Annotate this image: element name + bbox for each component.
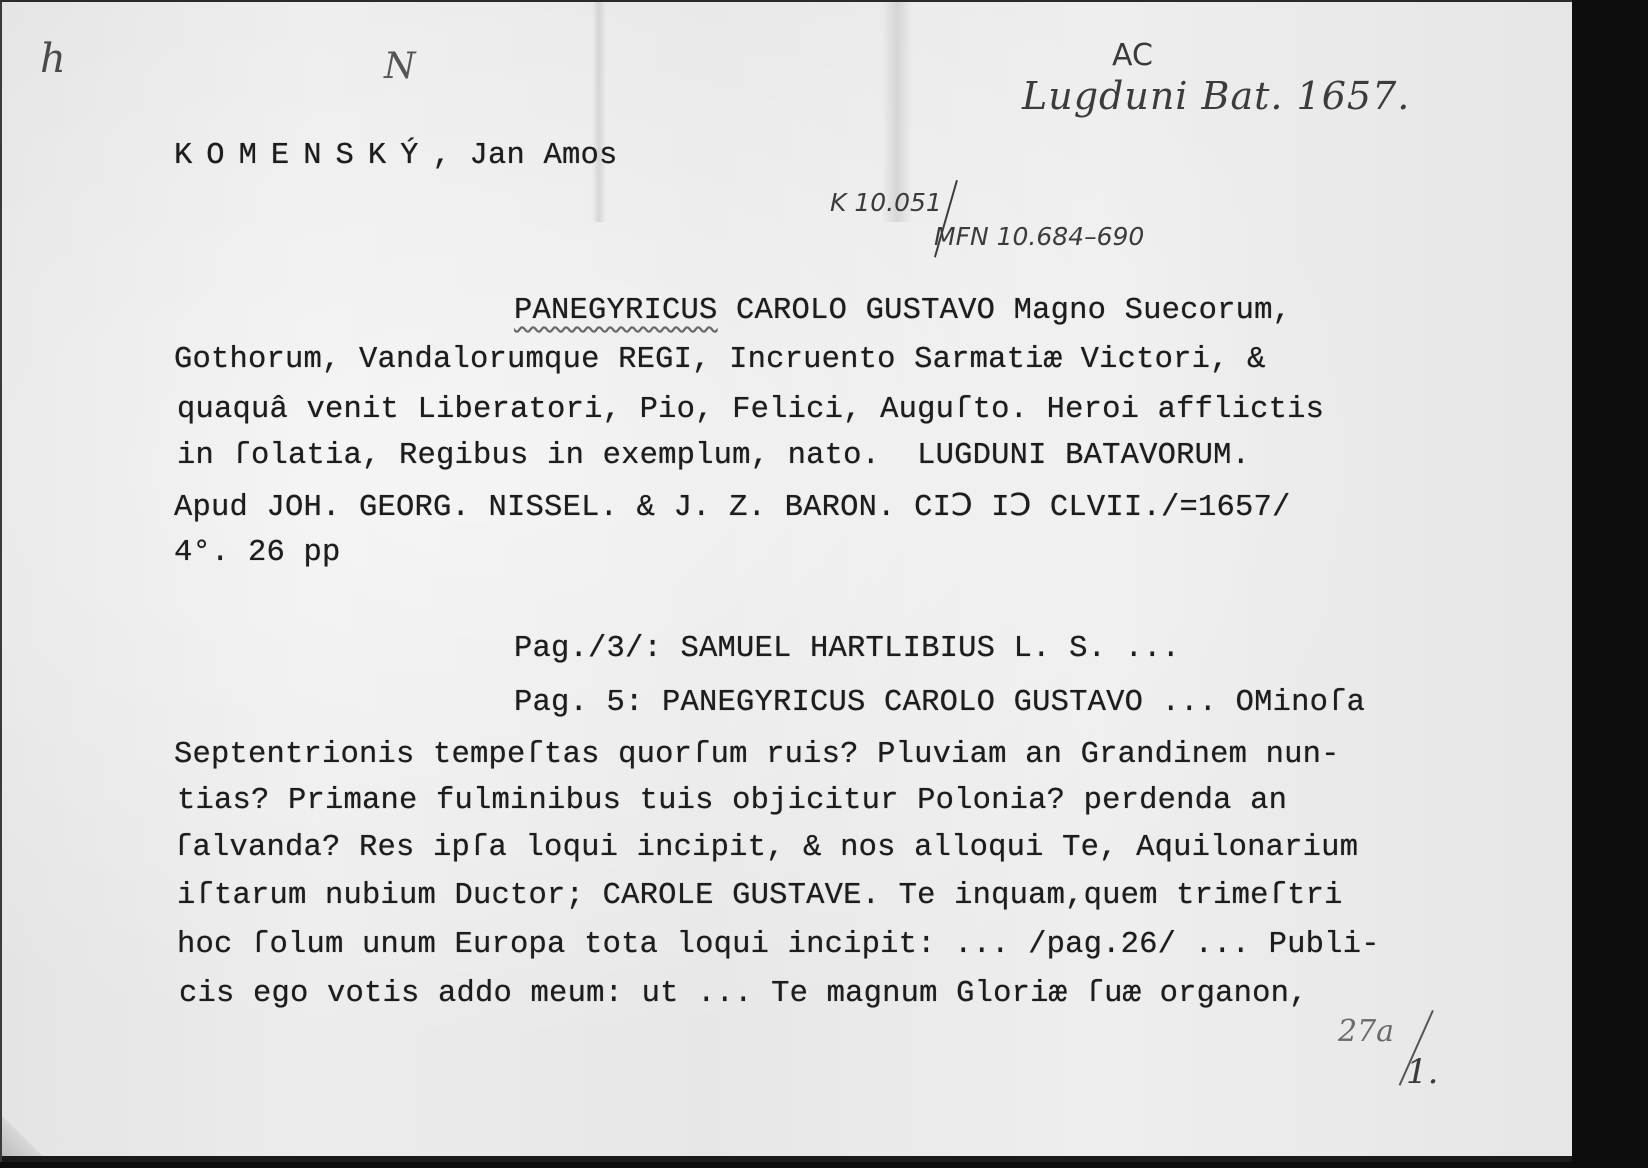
handwritten-card-number-top: 27a [1338, 1014, 1394, 1049]
note-page-5-line: iſtarum nubium Ductor; CAROLE GUSTAVE. T… [177, 879, 1343, 913]
handwritten-corner-mark-mid: N [384, 46, 416, 87]
author-heading: KOMENSKÝ, Jan Amos [174, 139, 618, 173]
title-line-2: Gothorum, Vandalorumque REGI, Incruento … [174, 343, 1266, 377]
author-separator: , [432, 139, 451, 173]
handwritten-shelfmark-mfn: MFN 10.684–690 [934, 222, 1144, 251]
title-line-3: quaquâ venit Liberatori, Pio, Felici, Au… [177, 393, 1324, 427]
note-page-5-line: hoc ſolum unum Europa tota loqui incipit… [177, 928, 1380, 962]
handwritten-collection-code: AC [1112, 38, 1153, 73]
folded-corner [2, 1116, 42, 1156]
title-line-1: PANEGYRICUS CAROLO GUSTAVO Magno Suecoru… [514, 294, 1291, 328]
note-page-5-line: ſalvanda? Res ipſa loqui incipit, & nos … [174, 831, 1358, 865]
author-surname: KOMENSKÝ [174, 139, 432, 173]
paper-streak [592, 2, 606, 222]
handwritten-shelfmark-k: K 10.051 [830, 188, 942, 217]
handwritten-place-year: Lugduni Bat. 1657. [1022, 74, 1410, 118]
author-given-names: Jan Amos [469, 139, 617, 173]
collation-line: 4°. 26 pp [174, 536, 341, 570]
title-line-4: in ſolatia, Regibus in exemplum, nato. L… [177, 439, 1250, 473]
note-page-5-line: tias? Primane fulminibus tuis objicitur … [177, 784, 1287, 818]
handwritten-card-number-bottom: 1. [1406, 1052, 1438, 1092]
note-page-3: Pag./3/: SAMUEL HARTLIBIUS L. S. ... [514, 632, 1180, 666]
imprint-line: Apud JOH. GEORG. NISSEL. & J. Z. BARON. … [174, 488, 1290, 525]
catalog-card: h N AC Lugduni Bat. 1657. K 10.051 MFN 1… [0, 0, 1572, 1162]
note-page-5-line: Septentrionis tempeſtas quorſum ruis? Pl… [174, 738, 1340, 772]
handwritten-corner-mark-left: h [40, 36, 66, 82]
note-page-5-first: Pag. 5: PANEGYRICUS CAROLO GUSTAVO ... O… [514, 686, 1365, 720]
note-page-5-line: cis ego votis addo meum: ut ... Te magnu… [179, 977, 1308, 1011]
title-keyword: PANEGYRICUS [514, 294, 718, 328]
